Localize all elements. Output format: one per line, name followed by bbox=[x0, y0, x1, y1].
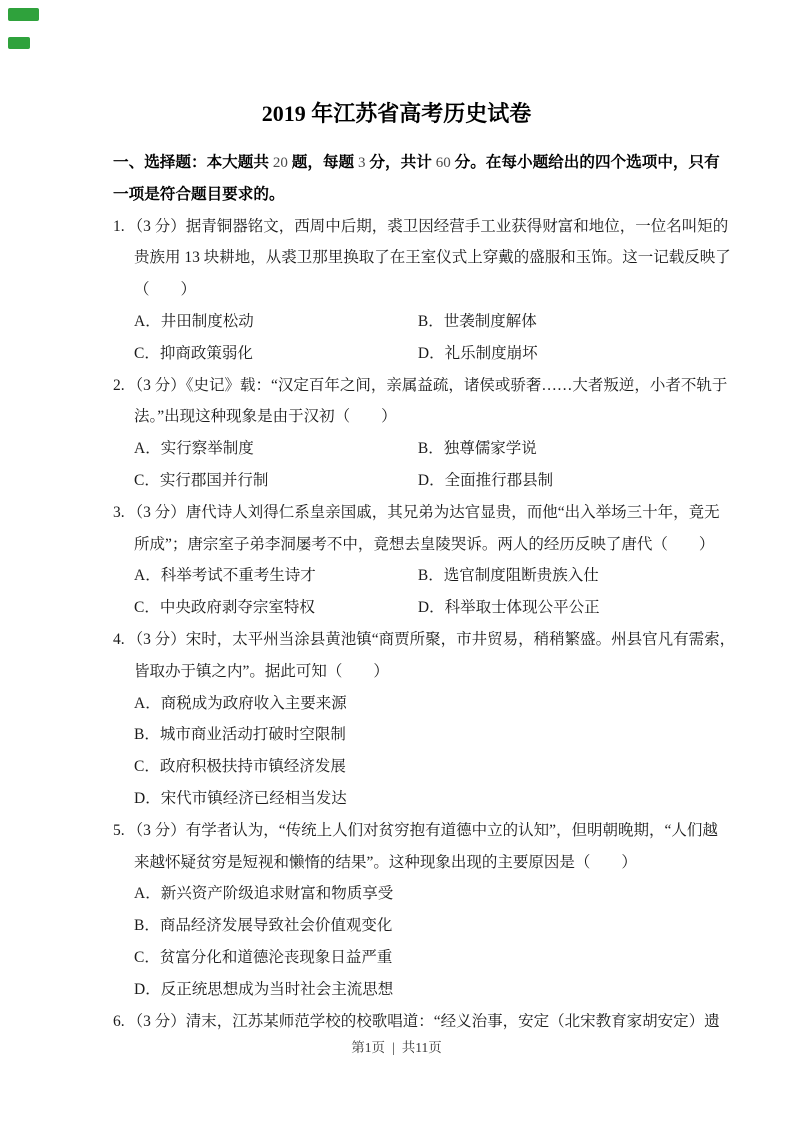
question-stem-line: 所成”；唐宗室子弟李洞屡考不中，竟想去皇陵哭诉。两人的经历反映了唐代（ ） bbox=[113, 529, 785, 561]
option-d: D．宋代市镇经济已经相当发达 bbox=[113, 783, 785, 815]
option-b: B．商品经济发展导致社会价值观变化 bbox=[113, 910, 785, 942]
option-row: A．实行察举制度 B．独尊儒家学说 bbox=[113, 433, 785, 465]
option-row: A．井田制度松动 B．世袭制度解体 bbox=[113, 306, 785, 338]
question-score: （3 分） bbox=[128, 822, 186, 839]
question-stem-line: 1.（3 分）据青铜器铭文，西周中后期，裘卫因经营手工业获得财富和地位，一位名叫… bbox=[113, 211, 785, 243]
option-text: 政府积极扶持市镇经济发展 bbox=[160, 758, 346, 775]
option-text: 商品经济发展导致社会价值观变化 bbox=[160, 917, 393, 934]
footer-separator: | bbox=[392, 1040, 395, 1055]
option-text: 中央政府剥夺宗室特权 bbox=[160, 599, 315, 616]
option-a: A．井田制度松动 bbox=[134, 306, 414, 338]
question-6: 6.（3 分）清末，江苏某师范学校的校歌唱道：“经义治事，安定（北宋教育家胡安定… bbox=[113, 1006, 785, 1038]
question-score: （3 分） bbox=[128, 1013, 186, 1030]
question-score: （3 分） bbox=[128, 377, 186, 394]
option-label: A． bbox=[134, 885, 161, 902]
option-text: 选官制度阻断贵族入仕 bbox=[444, 567, 599, 584]
option-label: B． bbox=[418, 313, 444, 330]
option-text: 新兴资产阶级追求财富和物质享受 bbox=[161, 885, 394, 902]
option-d: D．反正统思想成为当时社会主流思想 bbox=[113, 974, 785, 1006]
option-a: A．科举考试不重考生诗才 bbox=[134, 560, 414, 592]
option-label: D． bbox=[134, 981, 161, 998]
option-label: C． bbox=[134, 599, 160, 616]
option-label: A． bbox=[134, 313, 161, 330]
option-row: C．实行郡国并行制 D．全面推行郡县制 bbox=[113, 465, 785, 497]
question-2: 2.（3 分）《史记》载：“汉定百年之间，亲属益疏，诸侯或骄奢……大者叛逆，小者… bbox=[113, 370, 785, 497]
option-a: A．新兴资产阶级追求财富和物质享受 bbox=[113, 878, 785, 910]
question-stem-line: 6.（3 分）清末，江苏某师范学校的校歌唱道：“经义治事，安定（北宋教育家胡安定… bbox=[113, 1006, 785, 1038]
page-footer: 第1页|共11页 bbox=[0, 1036, 793, 1056]
question-stem-text: 有学者认为，“传统上人们对贫穷抱有道德中立的认知”，但明朝晚期，“人们越 bbox=[186, 822, 718, 839]
question-5: 5.（3 分）有学者认为，“传统上人们对贫穷抱有道德中立的认知”，但明朝晚期，“… bbox=[113, 815, 785, 1006]
question-stem-text: 唐代诗人刘得仁系皇亲国戚，其兄弟为达官显贵，而他“出入举场三十年，竟无 bbox=[186, 504, 720, 521]
exam-paper-page: 2019 年江苏省高考历史试卷 一、选择题：本大题共 20 题，每题 3 分，共… bbox=[0, 0, 793, 1122]
option-text: 世袭制度解体 bbox=[444, 313, 537, 330]
option-c: C．政府积极扶持市镇经济发展 bbox=[113, 751, 785, 783]
option-label: B． bbox=[134, 917, 160, 934]
question-stem-line: 法。”出现这种现象是由于汉初（ ） bbox=[113, 401, 785, 433]
option-label: C． bbox=[134, 758, 160, 775]
question-score: （3 分） bbox=[128, 218, 186, 235]
question-score: （3 分） bbox=[128, 504, 186, 521]
question-number: 3. bbox=[113, 504, 125, 521]
option-label: B． bbox=[418, 567, 444, 584]
option-a: A．商税成为政府收入主要来源 bbox=[113, 688, 785, 720]
question-stem-line: 皆取办于镇之内”。据此可知（ ） bbox=[113, 656, 785, 688]
question-number: 5. bbox=[113, 822, 125, 839]
option-label: C． bbox=[134, 472, 160, 489]
green-annotation-tag bbox=[8, 37, 30, 49]
section-header-text: 分。在每小题给出的四个选项中，只有 bbox=[451, 154, 720, 171]
option-d: D．礼乐制度崩坏 bbox=[418, 345, 538, 362]
exam-body: 一、选择题：本大题共 20 题，每题 3 分，共计 60 分。在每小题给出的四个… bbox=[113, 147, 785, 1037]
question-1: 1.（3 分）据青铜器铭文，西周中后期，裘卫因经营手工业获得财富和地位，一位名叫… bbox=[113, 211, 785, 370]
option-text: 科举取士体现公平公正 bbox=[445, 599, 600, 616]
option-label: D． bbox=[418, 599, 445, 616]
question-number: 4. bbox=[113, 631, 125, 648]
option-text: 礼乐制度崩坏 bbox=[445, 345, 538, 362]
total-pages-label: 共11页 bbox=[402, 1040, 442, 1055]
option-label: A． bbox=[134, 695, 161, 712]
option-row: C．中央政府剥夺宗室特权 D．科举取士体现公平公正 bbox=[113, 592, 785, 624]
option-text: 科举考试不重考生诗才 bbox=[161, 567, 316, 584]
option-c: C．中央政府剥夺宗室特权 bbox=[134, 592, 414, 624]
option-c: C．抑商政策弱化 bbox=[134, 338, 414, 370]
question-stem-line: 2.（3 分）《史记》载：“汉定百年之间，亲属益疏，诸侯或骄奢……大者叛逆，小者… bbox=[113, 370, 785, 402]
section-header-line-1: 一、选择题：本大题共 20 题，每题 3 分，共计 60 分。在每小题给出的四个… bbox=[113, 147, 785, 179]
option-text: 商税成为政府收入主要来源 bbox=[161, 695, 347, 712]
question-number: 1. bbox=[113, 218, 125, 235]
answer-blank-parentheses: （ ） bbox=[113, 274, 785, 306]
option-label: A． bbox=[134, 567, 161, 584]
question-stem-line: 来越怀疑贫穷是短视和懒惰的结果”。这种现象出现的主要原因是（ ） bbox=[113, 847, 785, 879]
section-header-text: 分，共计 bbox=[366, 154, 436, 171]
question-stem-text: 清末，江苏某师范学校的校歌唱道：“经义治事，安定（北宋教育家胡安定）遗 bbox=[186, 1013, 720, 1030]
option-d: D．科举取士体现公平公正 bbox=[418, 599, 600, 616]
option-label: B． bbox=[134, 726, 160, 743]
option-text: 全面推行郡县制 bbox=[445, 472, 554, 489]
question-stem-text: 据青铜器铭文，西周中后期，裘卫因经营手工业获得财富和地位，一位名叫矩的 bbox=[186, 218, 729, 235]
option-text: 实行察举制度 bbox=[161, 440, 254, 457]
section-header-line-2: 一项是符合题目要求的。 bbox=[113, 179, 785, 211]
option-label: B． bbox=[418, 440, 444, 457]
question-stem-line: 4.（3 分）宋时，太平州当涂县黄池镇“商贾所聚，市井贸易，稍稍繁盛。州县官凡有… bbox=[113, 624, 785, 656]
option-text: 宋代市镇经济已经相当发达 bbox=[161, 790, 347, 807]
option-b: B．城市商业活动打破时空限制 bbox=[113, 719, 785, 751]
option-text: 实行郡国并行制 bbox=[160, 472, 269, 489]
question-4: 4.（3 分）宋时，太平州当涂县黄池镇“商贾所聚，市井贸易，稍稍繁盛。州县官凡有… bbox=[113, 624, 785, 815]
question-number: 2. bbox=[113, 377, 125, 394]
section-header-text: 一、选择题：本大题共 bbox=[113, 154, 273, 171]
question-stem-text: 《史记》载：“汉定百年之间，亲属益疏，诸侯或骄奢……大者叛逆，小者不轨于 bbox=[186, 377, 728, 394]
option-label: D． bbox=[418, 472, 445, 489]
option-row: A．科举考试不重考生诗才 B．选官制度阻断贵族入仕 bbox=[113, 560, 785, 592]
option-text: 城市商业活动打破时空限制 bbox=[160, 726, 346, 743]
question-stem-text: 宋时，太平州当涂县黄池镇“商贾所聚，市井贸易，稍稍繁盛。州县官凡有需索， bbox=[186, 631, 735, 648]
option-label: C． bbox=[134, 949, 160, 966]
question-stem-line: 贵族用 13 块耕地，从裘卫那里换取了在王室仪式上穿戴的盛服和玉饰。这一记载反映… bbox=[113, 242, 785, 274]
option-c: C．贫富分化和道德沦丧现象日益严重 bbox=[113, 942, 785, 974]
section-header-text: 题，每题 bbox=[288, 154, 358, 171]
option-label: C． bbox=[134, 345, 160, 362]
option-b: B．独尊儒家学说 bbox=[418, 440, 537, 457]
green-annotation-tag bbox=[8, 8, 39, 21]
points-per-question: 3 bbox=[358, 155, 366, 171]
option-label: D． bbox=[418, 345, 445, 362]
question-3: 3.（3 分）唐代诗人刘得仁系皇亲国戚，其兄弟为达官显贵，而他“出入举场三十年，… bbox=[113, 497, 785, 624]
option-row: C．抑商政策弱化 D．礼乐制度崩坏 bbox=[113, 338, 785, 370]
option-text: 贫富分化和道德沦丧现象日益严重 bbox=[160, 949, 393, 966]
question-stem-line: 3.（3 分）唐代诗人刘得仁系皇亲国戚，其兄弟为达官显贵，而他“出入举场三十年，… bbox=[113, 497, 785, 529]
option-d: D．全面推行郡县制 bbox=[418, 472, 553, 489]
question-count: 20 bbox=[273, 155, 288, 171]
option-text: 反正统思想成为当时社会主流思想 bbox=[161, 981, 394, 998]
option-text: 抑商政策弱化 bbox=[160, 345, 253, 362]
question-number: 6. bbox=[113, 1013, 125, 1030]
page-title: 2019 年江苏省高考历史试卷 bbox=[0, 0, 793, 132]
option-a: A．实行察举制度 bbox=[134, 433, 414, 465]
option-text: 井田制度松动 bbox=[161, 313, 254, 330]
question-stem-line: 5.（3 分）有学者认为，“传统上人们对贫穷抱有道德中立的认知”，但明朝晚期，“… bbox=[113, 815, 785, 847]
total-points: 60 bbox=[436, 155, 451, 171]
option-text: 独尊儒家学说 bbox=[444, 440, 537, 457]
option-label: D． bbox=[134, 790, 161, 807]
option-b: B．选官制度阻断贵族入仕 bbox=[418, 567, 599, 584]
option-label: A． bbox=[134, 440, 161, 457]
current-page-label: 第1页 bbox=[351, 1040, 385, 1055]
option-c: C．实行郡国并行制 bbox=[134, 465, 414, 497]
option-b: B．世袭制度解体 bbox=[418, 313, 537, 330]
question-score: （3 分） bbox=[128, 631, 186, 648]
